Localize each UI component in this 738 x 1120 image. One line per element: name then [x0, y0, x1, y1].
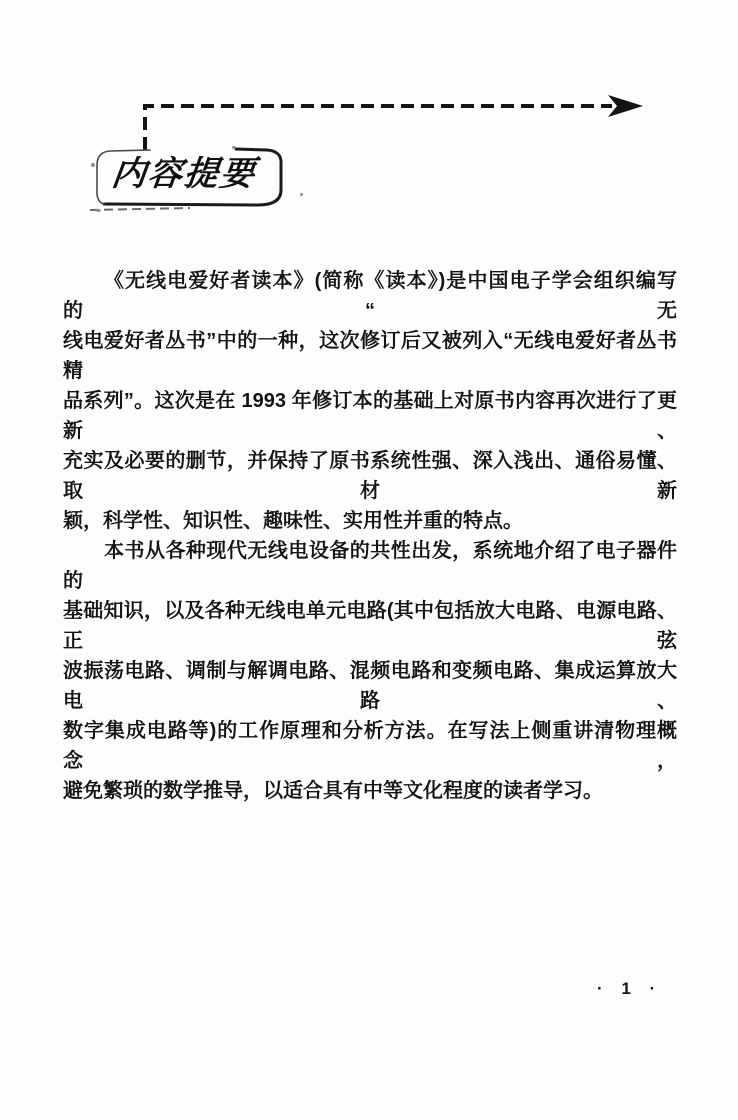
- page-number: · 1 ·: [597, 979, 662, 999]
- text-line: 品系列”。这次是在 1993 年修订本的基础上对原书内容再次进行了更新、: [63, 386, 677, 446]
- scan-speckle: [300, 193, 303, 196]
- text-line: 充实及必要的删节，并保持了原书系统性强、深入浅出、通俗易懂、取材新: [63, 446, 677, 506]
- scan-speckle: [91, 163, 95, 167]
- scan-speckle: [96, 209, 101, 212]
- text-line: 《无线电爱好者读本》(简称《读本》)是中国电子学会组织编写的“无: [63, 266, 677, 326]
- text-line: 避免繁琐的数学推导，以适合具有中等文化程度的读者学习。: [63, 776, 677, 806]
- text-line: 数字集成电路等)的工作原理和分析方法。在写法上侧重讲清物理概念，: [63, 716, 677, 776]
- text-line: 波振荡电路、调制与解调电路、混频电路和变频电路、集成运算放大电路、: [63, 656, 677, 716]
- summary-text: 《无线电爱好者读本》(简称《读本》)是中国电子学会组织编写的“无 线电爱好者丛书…: [63, 266, 677, 806]
- book-page: 内容提要 《无线电爱好者读本》(简称《读本》)是中国电子学会组织编写的“无 线电…: [0, 0, 738, 1120]
- text-line: 基础知识，以及各种无线电单元电路(其中包括放大电路、电源电路、正弦: [63, 596, 677, 656]
- page-title: 内容提要: [109, 152, 258, 196]
- scan-speckle: [232, 146, 236, 149]
- text-line: 线电爱好者丛书”中的一种，这次修订后又被列入“无线电爱好者丛书精: [63, 326, 677, 386]
- text-line: 本书从各种现代无线电设备的共性出发，系统地介绍了电子器件的: [63, 536, 677, 596]
- text-line: 颖，科学性、知识性、趣味性、实用性并重的特点。: [63, 506, 677, 536]
